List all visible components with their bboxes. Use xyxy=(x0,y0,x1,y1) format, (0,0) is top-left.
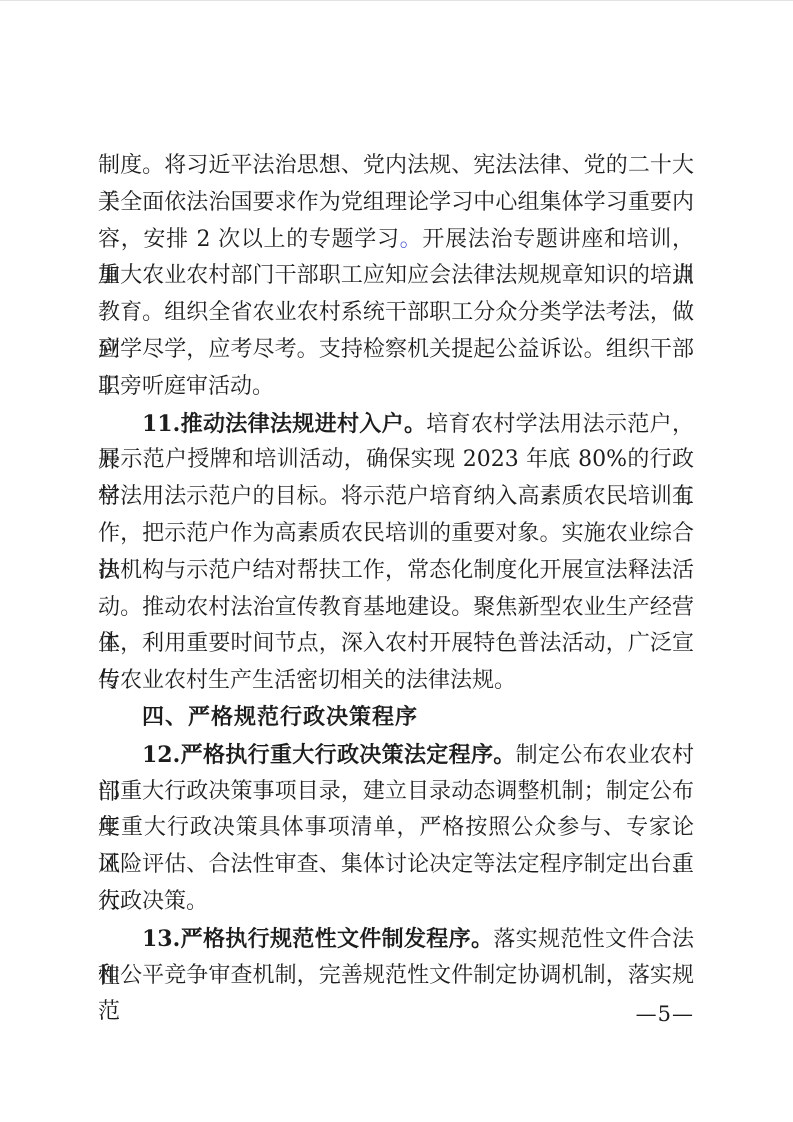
page-number: —5— xyxy=(98,996,694,1033)
item-12-number-title: 12.严格执行重大行政决策法定程序。 xyxy=(142,742,516,768)
item-11-number-title: 11.推动法律法规进村入户。 xyxy=(142,411,426,437)
text-line: 制度。将习近平法治思想、党内法规、宪法法律、党的二十大关 xyxy=(98,148,694,185)
item-12-paragraph: 12.严格执行重大行政决策法定程序。制定公布农业农村部 门重大行政决策事项目录，… xyxy=(98,737,694,921)
text-line: 工旁听庭审活动。 xyxy=(98,369,694,406)
text-line: 加大农业农村部门干部职工应知应会法律法规规章知识的培训 xyxy=(98,258,694,295)
text-line: 于全面依法治国要求作为党组理论学习中心组集体学习重要内 xyxy=(98,185,694,222)
text-line: 与农业农村生产生活密切相关的法律法规。 xyxy=(98,663,694,700)
text-line: 应学尽学，应考尽考。支持检察机关提起公益诉讼。组织干部职 xyxy=(98,332,694,369)
text-line: 作，把示范户作为高素质农民培训的重要对象。实施农业综合执 xyxy=(98,516,694,553)
text-line: 教育。组织全省农业农村系统干部职工分众分类学法考法，做到 xyxy=(98,295,694,332)
item-13-paragraph: 13.严格执行规范性文件制发程序。落实规范性文件合法性 和公平竞争审查机制，完善… xyxy=(98,921,694,995)
text-line: 体，利用重要时间节点，深入农村开展特色普法活动，广泛宣传 xyxy=(98,626,694,663)
text-line: 度重大行政决策具体事项清单，严格按照公众参与、专家论证、 xyxy=(98,810,694,847)
paragraph-continuation: 制度。将习近平法治思想、党内法规、宪法法律、党的二十大关 于全面依法治国要求作为… xyxy=(98,148,694,406)
item-11-paragraph: 11.推动法律法规进村入户。培育农村学法用法示范户，开 展示范户授牌和培训活动，… xyxy=(98,406,694,700)
text-line: 行政决策。 xyxy=(98,884,694,921)
text-segment: 容，安排 2 次以上的专题学习 xyxy=(98,227,400,252)
text-line: 和公平竞争审查机制，完善规范性文件制定协调机制，落实规范 xyxy=(98,958,694,995)
item-first-line: 11.推动法律法规进村入户。培育农村学法用法示范户，开 xyxy=(98,406,694,443)
text-line: 动。推动农村法治宣传教育基地建设。聚焦新型农业生产经营主 xyxy=(98,590,694,627)
text-line-with-blue-period: 容，安排 2 次以上的专题学习。开展法治专题讲座和培训，重点 xyxy=(98,222,694,259)
text-line: 门重大行政决策事项目录，建立目录动态调整机制；制定公布年 xyxy=(98,774,694,811)
section-4-heading: 四、严格规范行政决策程序 xyxy=(98,700,694,737)
item-13-number-title: 13.严格执行规范性文件制发程序。 xyxy=(142,926,493,952)
document-body: 制度。将习近平法治思想、党内法规、宪法法律、党的二十大关 于全面依法治国要求作为… xyxy=(98,148,694,994)
document-page: 制度。将习近平法治思想、党内法规、宪法法律、党的二十大关 于全面依法治国要求作为… xyxy=(0,0,793,1122)
item-first-line: 12.严格执行重大行政决策法定程序。制定公布农业农村部 xyxy=(98,737,694,774)
text-line: 风险评估、合法性审查、集体讨论决定等法定程序制定出台重大 xyxy=(98,847,694,884)
blue-period: 。 xyxy=(400,227,423,252)
item-first-line: 13.严格执行规范性文件制发程序。落实规范性文件合法性 xyxy=(98,921,694,958)
text-line: 法机构与示范户结对帮扶工作，常态化制度化开展宣法释法活 xyxy=(98,553,694,590)
text-line: 展示范户授牌和培训活动，确保实现 2023 年底 80%的行政村有 xyxy=(98,442,694,479)
text-line: 学法用法示范户的目标。将示范户培育纳入高素质农民培训工 xyxy=(98,479,694,516)
